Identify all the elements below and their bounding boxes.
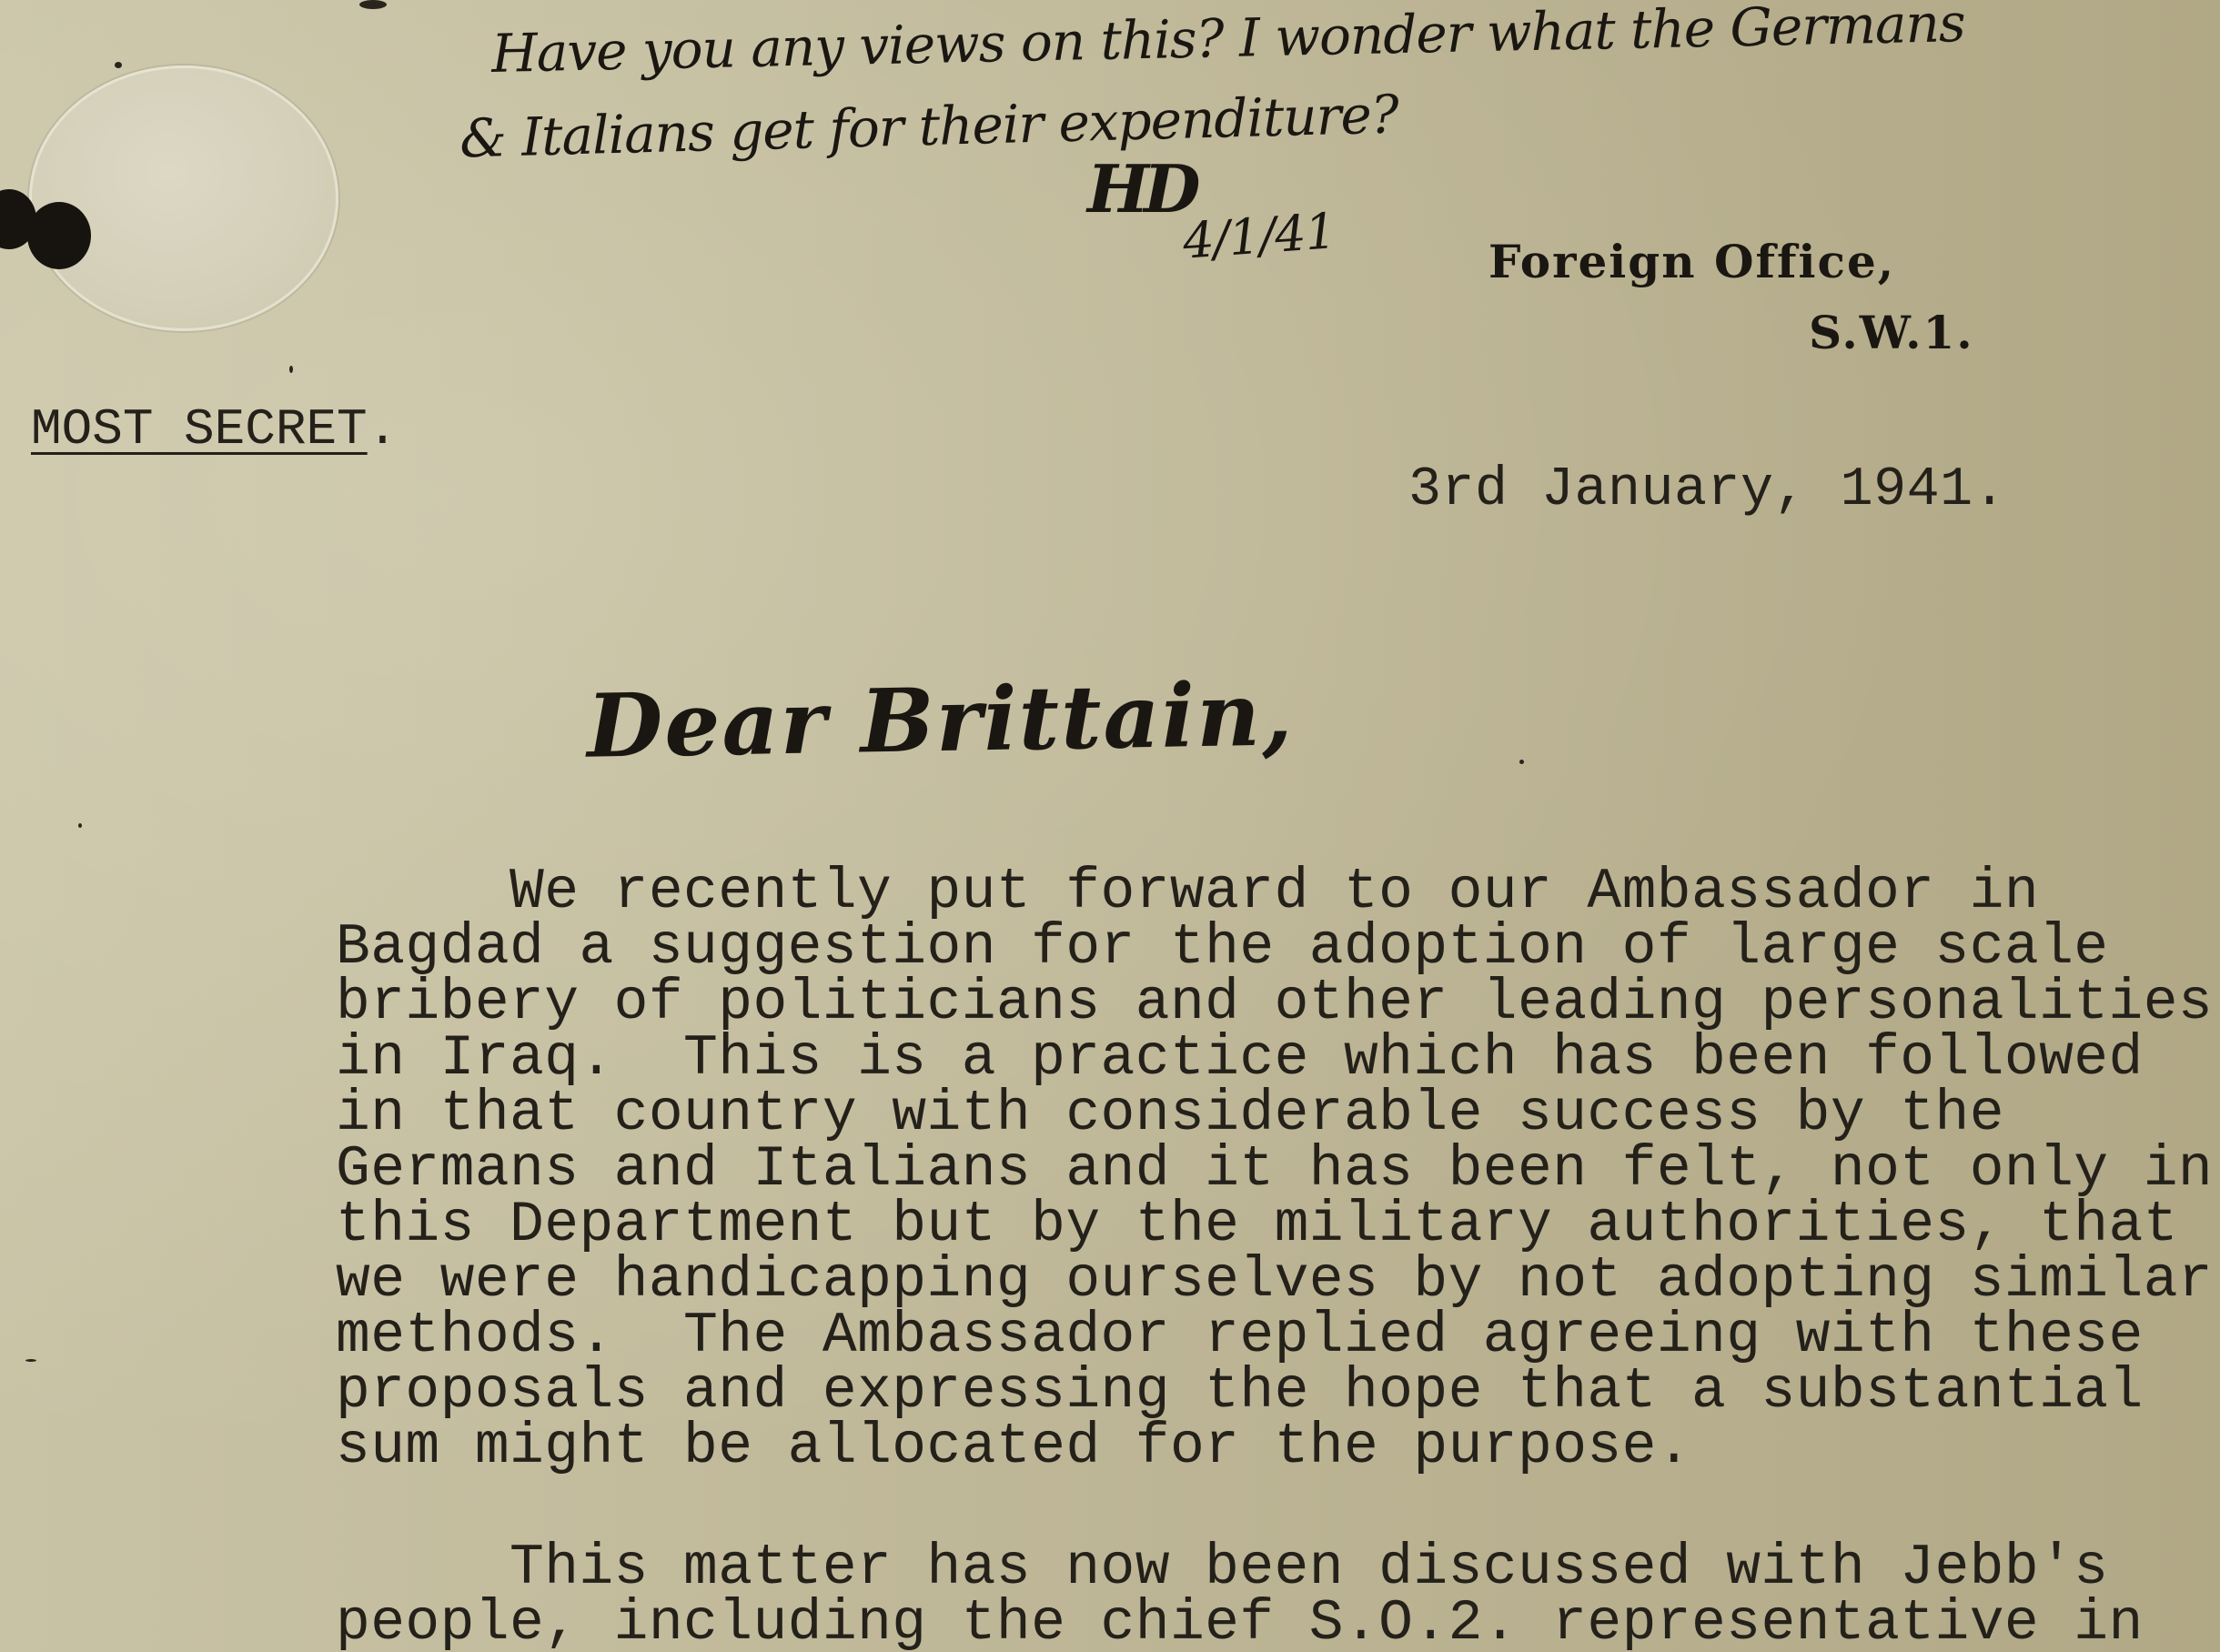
ink-speck — [25, 1359, 36, 1362]
letterhead-address: S.W.1. — [1809, 306, 1974, 359]
body-line: methods. The Ambassador replied agreeing… — [336, 1308, 2213, 1364]
body-paragraph-1: We recently put forward to our Ambassado… — [336, 864, 2213, 1475]
salutation: Dear Brittain, — [586, 662, 1295, 778]
ink-speck — [359, 0, 387, 9]
punch-hole-icon — [27, 202, 91, 269]
body-line: we were handicapping ourselves by not ad… — [336, 1253, 2213, 1308]
handwritten-initials: HD — [1087, 150, 1195, 227]
body-line: in Iraq. This is a practice which has be… — [336, 1031, 2213, 1086]
classification-marking: MOST SECRET. — [31, 400, 398, 458]
ink-speck — [115, 62, 122, 68]
ink-speck — [78, 823, 82, 828]
body-paragraph-2: This matter has now been discussed with … — [336, 1540, 2144, 1651]
body-line: This matter has now been discussed with … — [336, 1540, 2144, 1596]
ink-speck — [1519, 760, 1524, 764]
body-line: Germans and Italians and it has been fel… — [336, 1142, 2213, 1197]
body-line: proposals and expressing the hope that a… — [336, 1364, 2213, 1419]
body-line: bribery of politicians and other leading… — [336, 975, 2213, 1031]
body-line: Bagdad a suggestion for the adoption of … — [336, 920, 2213, 975]
body-line: in that country with considerable succes… — [336, 1086, 2213, 1142]
handwritten-note-line2: & Italians get for their expenditure? — [459, 84, 1398, 170]
body-line: We recently put forward to our Ambassado… — [336, 864, 2213, 920]
letterhead-office: Foreign Office, — [1488, 235, 1895, 288]
letter-date: 3rd January, 1941. — [1408, 459, 2006, 521]
body-line: this Department but by the military auth… — [336, 1197, 2213, 1253]
body-line: sum might be allocated for the purpose. — [336, 1419, 2213, 1475]
classification-period: . — [368, 400, 399, 458]
body-line: people, including the chief S.O.2. repre… — [336, 1596, 2144, 1651]
ink-speck — [289, 366, 293, 373]
handwritten-note-line1: Have you any views on this? I wonder wha… — [490, 0, 1965, 85]
classification-label: MOST SECRET — [31, 400, 368, 458]
handwritten-date: 4/1/41 — [1181, 202, 1337, 270]
embossed-seal — [29, 65, 338, 331]
